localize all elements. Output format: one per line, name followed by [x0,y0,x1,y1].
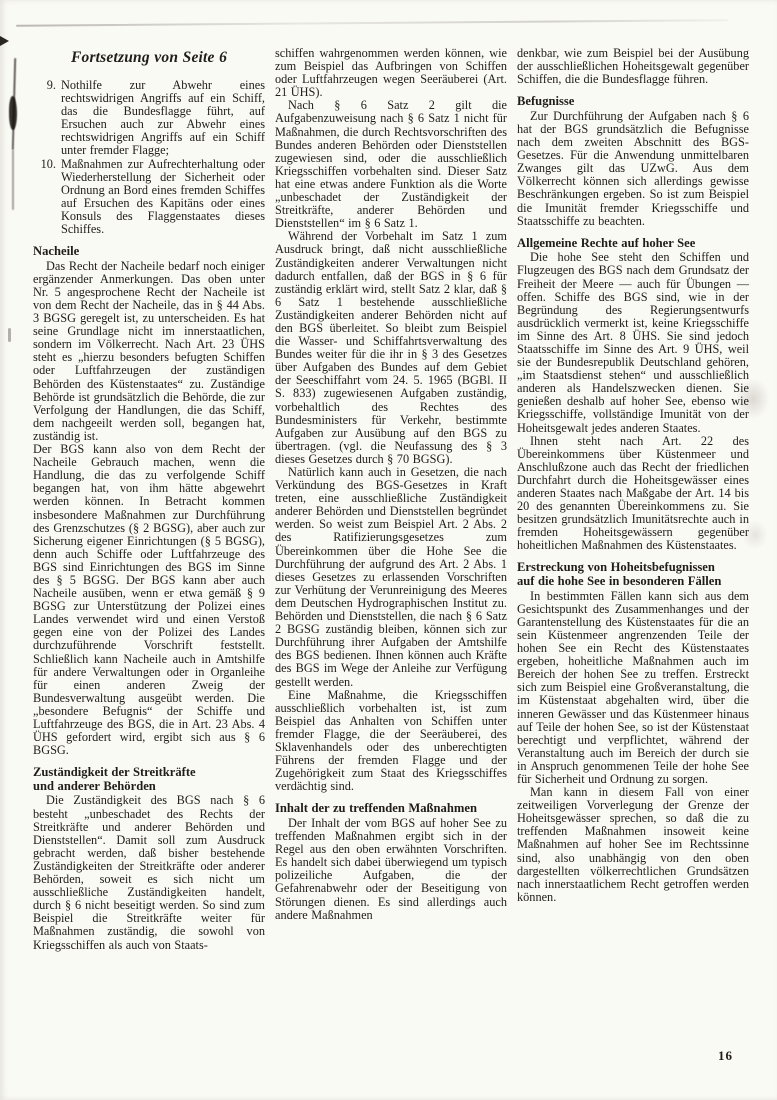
paragraph: Eine Maßnahme, die Kriegsschiffen aussch… [275,689,507,794]
page-number: 16 [718,1048,733,1064]
document-page: Fortsetzung von Seite 69.Nothilfe zur Ab… [0,0,777,1100]
list-item-number: 9. [33,79,56,92]
section-heading: Befugnisse [517,95,749,109]
paragraph: Der BGS kann also von dem Recht der Nach… [33,443,265,757]
paragraph: Der Inhalt der vom BGS auf hoher See zu … [275,817,507,922]
scan-artifact-ink-blob [9,96,17,130]
list-item-text: Nothilfe zur Abwehr eines rechtswidrigen… [61,78,265,157]
section-heading: Allgemeine Rechte auf hoher See [517,237,749,251]
scan-artifact-arrow-mark [0,36,9,46]
column-right: denkbar, wie zum Beispiel bei der Ausübu… [517,47,749,1100]
paragraph: Ihnen steht nach Art. 22 des Übereinkomm… [517,435,749,553]
list-item-text: Maßnahmen zur Aufrechterhaltung oder Wie… [61,157,265,236]
column-middle: schiffen wahrgenommen werden können, wie… [275,47,507,1100]
paragraph: Nach § 6 Satz 2 gilt die Aufgabenzuweisu… [275,99,507,230]
section-heading: Nacheile [33,245,265,259]
scan-artifact-ink-streak-tail [12,150,14,210]
section-heading: Erstreckung von Hoheitsbefugnissen auf d… [517,561,749,588]
paragraph: Die Zuständigkeit des BGS nach § 6 beste… [33,794,265,951]
scan-artifact-ink-streak [12,58,16,150]
paragraph: denkbar, wie zum Beispiel bei der Ausübu… [517,47,749,86]
paragraph: schiffen wahrgenommen werden können, wie… [275,47,507,99]
text-columns: Fortsetzung von Seite 69.Nothilfe zur Ab… [33,47,749,1100]
list-item: 10.Maßnahmen zur Aufrechterhaltung oder … [33,158,265,237]
paragraph: In bestimmten Fällen kann sich aus dem G… [517,590,749,786]
paragraph: Das Recht der Nacheile bedarf noch einig… [33,260,265,443]
paragraph: Die hohe See steht den Schiffen und Flug… [517,251,749,434]
scan-artifact-edge-dash [8,328,11,342]
list-item-number: 10. [33,158,56,171]
paragraph: Natürlich kann auch in Gesetzen, die nac… [275,466,507,689]
continuation-note: Fortsetzung von Seite 6 [39,49,259,66]
list-item: 9.Nothilfe zur Abwehr eines rechtswidrig… [33,79,265,158]
section-heading: Inhalt der zu treffenden Maßnahmen [275,802,507,816]
paragraph: Man kann in diesem Fall von einer zeitwe… [517,786,749,904]
paragraph: Während der Vorbehalt im Satz 1 zum Ausd… [275,230,507,466]
section-heading: Zuständigkeit der Streitkräfte und ander… [33,766,265,793]
scan-artifact-top-edge [16,19,728,27]
paragraph: Zur Durchführung der Aufgaben nach § 6 h… [517,110,749,228]
column-left: Fortsetzung von Seite 69.Nothilfe zur Ab… [33,47,265,1100]
